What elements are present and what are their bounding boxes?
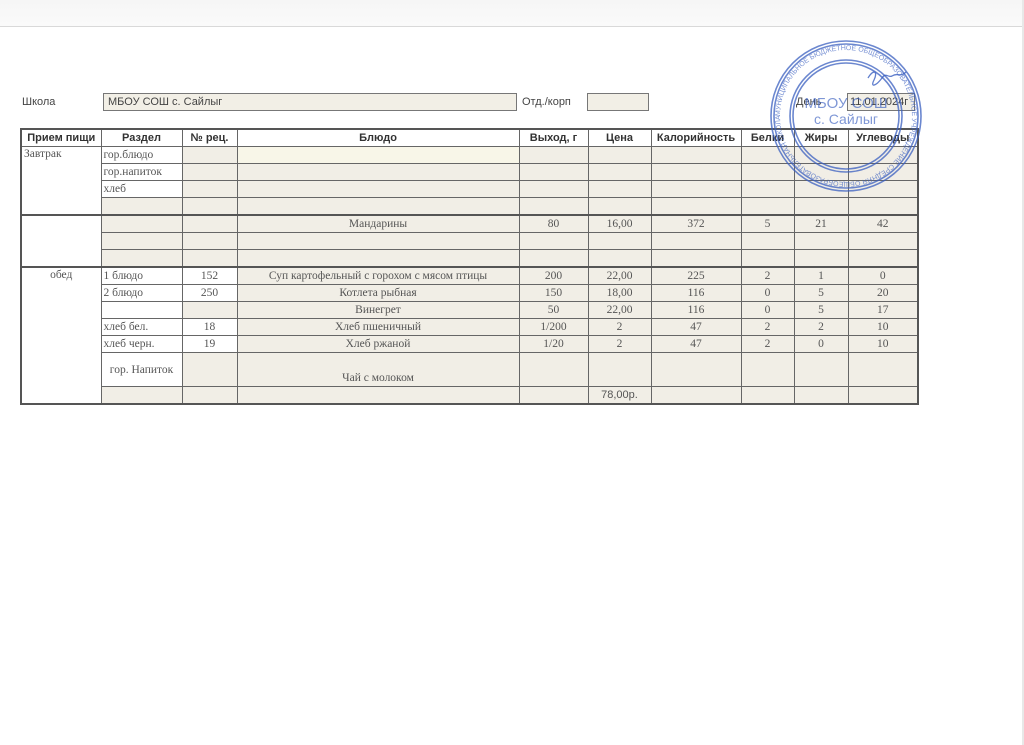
dish-cell[interactable] — [237, 198, 519, 216]
dish-cell[interactable]: Чай с молоком — [237, 353, 519, 387]
price-cell[interactable]: 22,00 — [588, 267, 651, 285]
meal-cell: обед — [21, 267, 101, 404]
col-recipe: № рец. — [182, 129, 237, 147]
carbs-cell[interactable] — [848, 233, 918, 250]
yield-cell[interactable]: 50 — [519, 302, 588, 319]
table-row: Винегрет5022,001160517 — [21, 302, 918, 319]
scan-edge-top — [0, 0, 1024, 27]
yield-cell[interactable] — [519, 250, 588, 268]
price-cell[interactable]: 22,00 — [588, 302, 651, 319]
col-carbs: Углеводы — [848, 129, 918, 147]
recipe-cell[interactable]: 18 — [182, 319, 237, 336]
dept-field[interactable] — [587, 93, 649, 111]
fats-cell[interactable]: 21 — [794, 215, 848, 233]
recipe-cell[interactable] — [182, 215, 237, 233]
dish-cell[interactable] — [237, 147, 519, 164]
price-cell[interactable]: 16,00 — [588, 215, 651, 233]
dish-cell[interactable]: Хлеб пшеничный — [237, 319, 519, 336]
day-label: День — [796, 96, 821, 108]
recipe-cell[interactable] — [182, 233, 237, 250]
dept-label: Отд./корп — [522, 96, 571, 108]
price-cell[interactable] — [588, 164, 651, 181]
section-cell — [101, 198, 182, 216]
recipe-cell[interactable] — [182, 164, 237, 181]
header-row: Прием пищи Раздел № рец. Блюдо Выход, г … — [21, 129, 918, 147]
menu-table: Прием пищи Раздел № рец. Блюдо Выход, г … — [20, 128, 919, 405]
yield-cell[interactable]: 1/200 — [519, 319, 588, 336]
price-cell[interactable] — [588, 233, 651, 250]
fats-cell[interactable] — [794, 198, 848, 216]
dish-cell[interactable] — [237, 181, 519, 198]
yield-cell[interactable] — [519, 198, 588, 216]
calories-cell[interactable]: 116 — [651, 302, 741, 319]
carbs-cell[interactable] — [848, 387, 918, 405]
carbs-cell[interactable]: 17 — [848, 302, 918, 319]
proteins-cell[interactable] — [741, 147, 794, 164]
dish-cell[interactable]: Винегрет — [237, 302, 519, 319]
price-cell[interactable]: 18,00 — [588, 285, 651, 302]
dish-cell[interactable]: Мандарины — [237, 215, 519, 233]
calories-cell[interactable] — [651, 353, 741, 387]
table-row — [21, 250, 918, 268]
dish-cell[interactable] — [237, 250, 519, 268]
recipe-cell[interactable] — [182, 302, 237, 319]
yield-cell[interactable]: 150 — [519, 285, 588, 302]
proteins-cell[interactable] — [741, 181, 794, 198]
table-row: Мандарины8016,0037252142 — [21, 215, 918, 233]
carbs-cell[interactable] — [848, 250, 918, 268]
proteins-cell[interactable]: 2 — [741, 336, 794, 353]
table-row — [21, 198, 918, 216]
table-row: гор.напиток — [21, 164, 918, 181]
recipe-cell[interactable]: 19 — [182, 336, 237, 353]
proteins-cell[interactable]: 0 — [741, 302, 794, 319]
svg-text:с. Сайлыг: с. Сайлыг — [814, 111, 878, 127]
calories-cell[interactable]: 47 — [651, 319, 741, 336]
carbs-cell[interactable] — [848, 147, 918, 164]
yield-cell[interactable]: 1/20 — [519, 336, 588, 353]
section-cell: хлеб черн. — [101, 336, 182, 353]
proteins-cell[interactable] — [741, 198, 794, 216]
section-cell: гор.блюдо — [101, 147, 182, 164]
calories-cell[interactable] — [651, 233, 741, 250]
recipe-cell[interactable] — [182, 250, 237, 268]
col-yield: Выход, г — [519, 129, 588, 147]
meal-cell — [21, 215, 101, 267]
dish-cell[interactable]: Хлеб ржаной — [237, 336, 519, 353]
price-cell[interactable] — [588, 250, 651, 268]
section-cell: гор. Напиток — [101, 353, 182, 387]
school-label: Школа — [22, 96, 55, 108]
calories-cell[interactable] — [651, 387, 741, 405]
yield-cell[interactable] — [519, 353, 588, 387]
calories-cell[interactable] — [651, 250, 741, 268]
table-row: хлеб — [21, 181, 918, 198]
table-row: Завтракгор.блюдо — [21, 147, 918, 164]
fats-cell[interactable]: 5 — [794, 302, 848, 319]
price-cell[interactable] — [588, 181, 651, 198]
recipe-cell[interactable] — [182, 387, 237, 405]
price-cell[interactable] — [588, 147, 651, 164]
table-row: хлеб черн.19Хлеб ржаной1/202472010 — [21, 336, 918, 353]
col-proteins: Белки — [741, 129, 794, 147]
section-cell — [101, 250, 182, 268]
proteins-cell[interactable]: 5 — [741, 215, 794, 233]
carbs-cell[interactable] — [848, 353, 918, 387]
price-cell[interactable]: 2 — [588, 336, 651, 353]
calories-cell[interactable]: 372 — [651, 215, 741, 233]
section-cell — [101, 302, 182, 319]
recipe-cell[interactable] — [182, 147, 237, 164]
price-cell[interactable]: 78,00р. — [588, 387, 651, 405]
fats-cell[interactable] — [794, 147, 848, 164]
section-cell: 2 блюдо — [101, 285, 182, 302]
calories-cell[interactable] — [651, 164, 741, 181]
table-row: гор. НапитокЧай с молоком — [21, 353, 918, 387]
carbs-cell[interactable]: 10 — [848, 319, 918, 336]
carbs-cell[interactable] — [848, 198, 918, 216]
fats-cell[interactable]: 2 — [794, 319, 848, 336]
fats-cell[interactable]: 1 — [794, 267, 848, 285]
carbs-cell[interactable]: 0 — [848, 267, 918, 285]
recipe-cell[interactable]: 250 — [182, 285, 237, 302]
carbs-cell[interactable]: 10 — [848, 336, 918, 353]
carbs-cell[interactable] — [848, 181, 918, 198]
day-field[interactable]: 11.01.2024г — [847, 93, 915, 111]
col-fats: Жиры — [794, 129, 848, 147]
proteins-cell[interactable] — [741, 164, 794, 181]
calories-cell[interactable] — [651, 181, 741, 198]
proteins-cell[interactable] — [741, 387, 794, 405]
recipe-cell[interactable]: 152 — [182, 267, 237, 285]
dish-cell[interactable] — [237, 164, 519, 181]
yield-cell[interactable]: 200 — [519, 267, 588, 285]
section-cell — [101, 215, 182, 233]
fats-cell[interactable] — [794, 250, 848, 268]
meal-cell: Завтрак — [21, 147, 101, 216]
section-cell — [101, 387, 182, 405]
dish-cell[interactable] — [237, 387, 519, 405]
col-section: Раздел — [101, 129, 182, 147]
proteins-cell[interactable]: 2 — [741, 267, 794, 285]
section-cell: гор.напиток — [101, 164, 182, 181]
col-calories: Калорийность — [651, 129, 741, 147]
fats-cell[interactable]: 0 — [794, 336, 848, 353]
fats-cell[interactable] — [794, 353, 848, 387]
dish-cell[interactable]: Суп картофельный с горохом с мясом птицы — [237, 267, 519, 285]
price-cell[interactable] — [588, 353, 651, 387]
calories-cell[interactable] — [651, 198, 741, 216]
calories-cell[interactable] — [651, 147, 741, 164]
recipe-cell[interactable] — [182, 181, 237, 198]
price-cell[interactable]: 2 — [588, 319, 651, 336]
proteins-cell[interactable] — [741, 250, 794, 268]
carbs-cell[interactable]: 42 — [848, 215, 918, 233]
section-cell: хлеб — [101, 181, 182, 198]
proteins-cell[interactable] — [741, 233, 794, 250]
dish-cell[interactable]: Котлета рыбная — [237, 285, 519, 302]
fats-cell[interactable] — [794, 233, 848, 250]
fats-cell[interactable] — [794, 387, 848, 405]
yield-cell[interactable] — [519, 233, 588, 250]
menu-body: Завтракгор.блюдогор.напитокхлебМандарины… — [21, 147, 918, 405]
recipe-cell[interactable] — [182, 198, 237, 216]
recipe-cell[interactable] — [182, 353, 237, 387]
carbs-cell[interactable] — [848, 164, 918, 181]
school-field[interactable]: МБОУ СОШ с. Сайлыг — [103, 93, 517, 111]
yield-cell[interactable] — [519, 181, 588, 198]
col-price: Цена — [588, 129, 651, 147]
table-row: 78,00р. — [21, 387, 918, 405]
fats-cell[interactable] — [794, 181, 848, 198]
section-cell — [101, 233, 182, 250]
price-cell[interactable] — [588, 198, 651, 216]
fats-cell[interactable]: 5 — [794, 285, 848, 302]
fats-cell[interactable] — [794, 164, 848, 181]
table-row: хлеб бел.18Хлеб пшеничный1/2002472210 — [21, 319, 918, 336]
table-row: обед1 блюдо152Суп картофельный с горохом… — [21, 267, 918, 285]
yield-cell[interactable]: 80 — [519, 215, 588, 233]
dish-cell[interactable] — [237, 233, 519, 250]
col-meal: Прием пищи — [21, 129, 101, 147]
table-row — [21, 233, 918, 250]
proteins-cell[interactable]: 0 — [741, 285, 794, 302]
yield-cell[interactable] — [519, 164, 588, 181]
table-row: 2 блюдо250Котлета рыбная15018,001160520 — [21, 285, 918, 302]
yield-cell[interactable] — [519, 147, 588, 164]
yield-cell[interactable] — [519, 387, 588, 405]
calories-cell[interactable]: 47 — [651, 336, 741, 353]
proteins-cell[interactable]: 2 — [741, 319, 794, 336]
calories-cell[interactable]: 116 — [651, 285, 741, 302]
proteins-cell[interactable] — [741, 353, 794, 387]
section-cell: 1 блюдо — [101, 267, 182, 285]
col-dish: Блюдо — [237, 129, 519, 147]
calories-cell[interactable]: 225 — [651, 267, 741, 285]
carbs-cell[interactable]: 20 — [848, 285, 918, 302]
section-cell: хлеб бел. — [101, 319, 182, 336]
